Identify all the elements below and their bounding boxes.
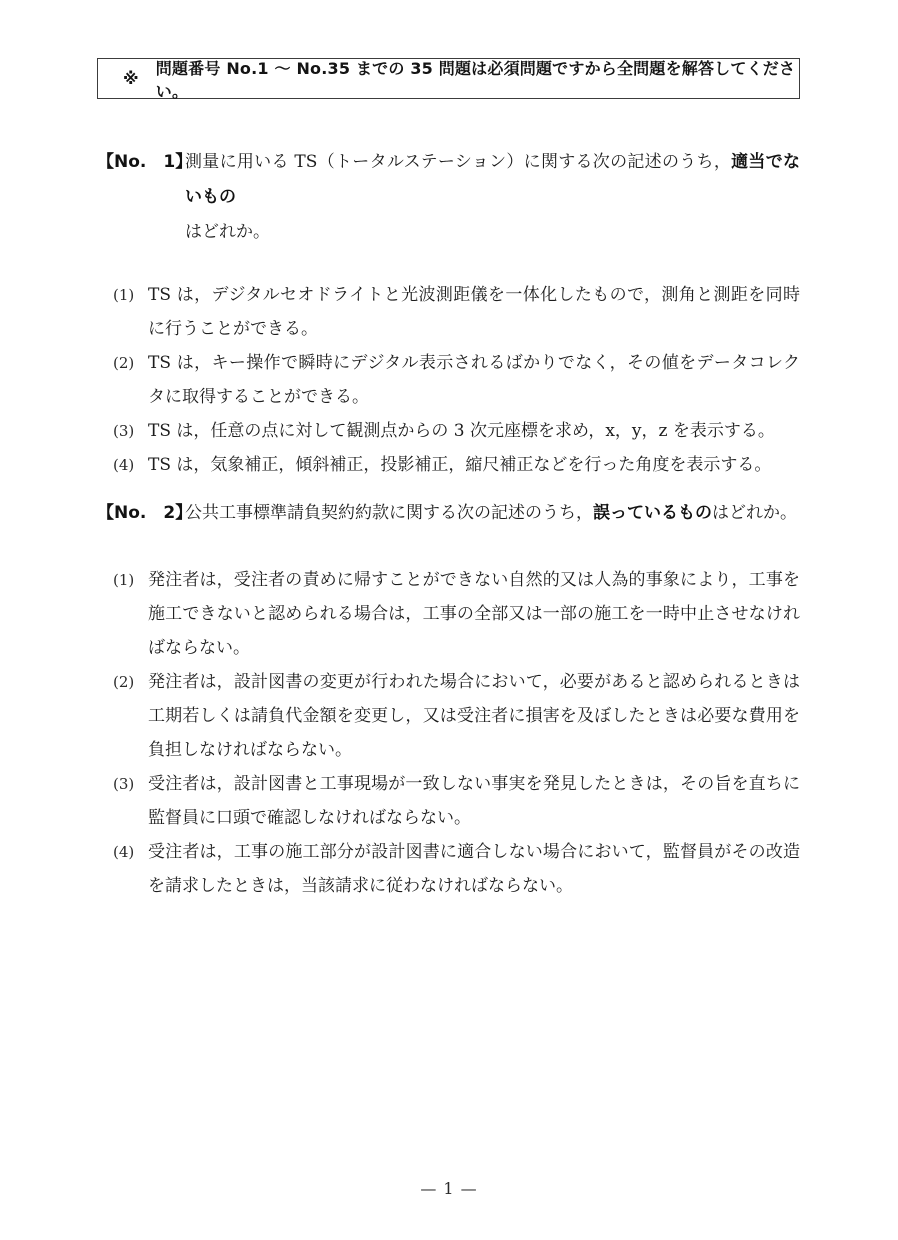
question-2: 【No. 2】 公共工事標準請負契約約款に関する次の記述のうち，誤っているものは… bbox=[97, 496, 800, 903]
question-2-text-post: はどれか。 bbox=[712, 503, 797, 523]
question-1-text-pre: 測量に用いる TS（トータルステーション）に関する次の記述のうち， bbox=[185, 152, 731, 172]
question-1: 【No. 1】 測量に用いる TS（トータルステーション）に関する次の記述のうち… bbox=[97, 145, 800, 482]
question-2-text-pre: 公共工事標準請負契約約款に関する次の記述のうち， bbox=[185, 503, 593, 523]
option-row: (1) TS は，デジタルセオドライトと光波測距儀を一体化したもので，測角と測距… bbox=[97, 278, 800, 346]
notice-text: 問題番号 No.1 ～ No.35 までの 35 問題は必須問題ですから全問題を… bbox=[156, 56, 799, 102]
option-number: (2) bbox=[97, 346, 148, 414]
question-1-number-label: 【No. 1】 bbox=[97, 145, 185, 250]
option-text: TS は，キー操作で瞬時にデジタル表示されるばかりでなく，その値をデータコレクタ… bbox=[148, 346, 800, 414]
option-text: 受注者は，工事の施工部分が設計図書に適合しない場合において，監督員がその改造を請… bbox=[148, 835, 800, 903]
option-row: (3) 受注者は，設計図書と工事現場が一致しない事実を発見したときは，その旨を直… bbox=[97, 767, 800, 835]
option-text: 発注者は，受注者の責めに帰すことができない自然的又は人為的事象により，工事を施工… bbox=[148, 563, 800, 665]
question-2-header: 【No. 2】 公共工事標準請負契約約款に関する次の記述のうち，誤っているものは… bbox=[97, 496, 800, 531]
option-text: TS は，デジタルセオドライトと光波測距儀を一体化したもので，測角と測距を同時に… bbox=[148, 278, 800, 346]
option-number: (3) bbox=[97, 767, 148, 835]
option-number: (1) bbox=[97, 278, 148, 346]
question-2-number-label: 【No. 2】 bbox=[97, 496, 185, 531]
option-row: (3) TS は，任意の点に対して観測点からの 3 次元座標を求め，x，y，z … bbox=[97, 414, 800, 448]
page-number: — 1 — bbox=[0, 1179, 898, 1198]
option-text: 受注者は，設計図書と工事現場が一致しない事実を発見したときは，その旨を直ちに監督… bbox=[148, 767, 800, 835]
option-number: (2) bbox=[97, 665, 148, 767]
option-number: (4) bbox=[97, 835, 148, 903]
mandatory-notice-box: ※ 問題番号 No.1 ～ No.35 までの 35 問題は必須問題ですから全問… bbox=[97, 58, 800, 99]
option-row: (4) TS は，気象補正，傾斜補正，投影補正，縮尺補正などを行った角度を表示す… bbox=[97, 448, 800, 482]
reference-mark-icon: ※ bbox=[123, 69, 139, 88]
option-text: TS は，気象補正，傾斜補正，投影補正，縮尺補正などを行った角度を表示する。 bbox=[148, 448, 800, 482]
option-text: TS は，任意の点に対して観測点からの 3 次元座標を求め，x，y，z を表示す… bbox=[148, 414, 800, 448]
page-content: ※ 問題番号 No.1 ～ No.35 までの 35 問題は必須問題ですから全問… bbox=[97, 58, 800, 903]
question-1-header: 【No. 1】 測量に用いる TS（トータルステーション）に関する次の記述のうち… bbox=[97, 145, 800, 250]
option-number: (1) bbox=[97, 563, 148, 665]
question-2-options: (1) 発注者は，受注者の責めに帰すことができない自然的又は人為的事象により，工… bbox=[97, 563, 800, 903]
option-row: (4) 受注者は，工事の施工部分が設計図書に適合しない場合において，監督員がその… bbox=[97, 835, 800, 903]
exam-page: ※ 問題番号 No.1 ～ No.35 までの 35 問題は必須問題ですから全問… bbox=[0, 0, 898, 1240]
option-number: (3) bbox=[97, 414, 148, 448]
option-row: (1) 発注者は，受注者の責めに帰すことができない自然的又は人為的事象により，工… bbox=[97, 563, 800, 665]
question-1-options: (1) TS は，デジタルセオドライトと光波測距儀を一体化したもので，測角と測距… bbox=[97, 278, 800, 482]
question-2-text: 公共工事標準請負契約約款に関する次の記述のうち，誤っているものはどれか。 bbox=[185, 496, 800, 531]
option-number: (4) bbox=[97, 448, 148, 482]
option-row: (2) 発注者は，設計図書の変更が行われた場合において，必要があると認められると… bbox=[97, 665, 800, 767]
question-2-emphasis: 誤っているもの bbox=[593, 503, 712, 523]
option-row: (2) TS は，キー操作で瞬時にデジタル表示されるばかりでなく，その値をデータ… bbox=[97, 346, 800, 414]
question-1-text-post: はどれか。 bbox=[185, 215, 800, 250]
option-text: 発注者は，設計図書の変更が行われた場合において，必要があると認められるときは工期… bbox=[148, 665, 800, 767]
question-1-text: 測量に用いる TS（トータルステーション）に関する次の記述のうち，適当でないもの… bbox=[185, 145, 800, 250]
